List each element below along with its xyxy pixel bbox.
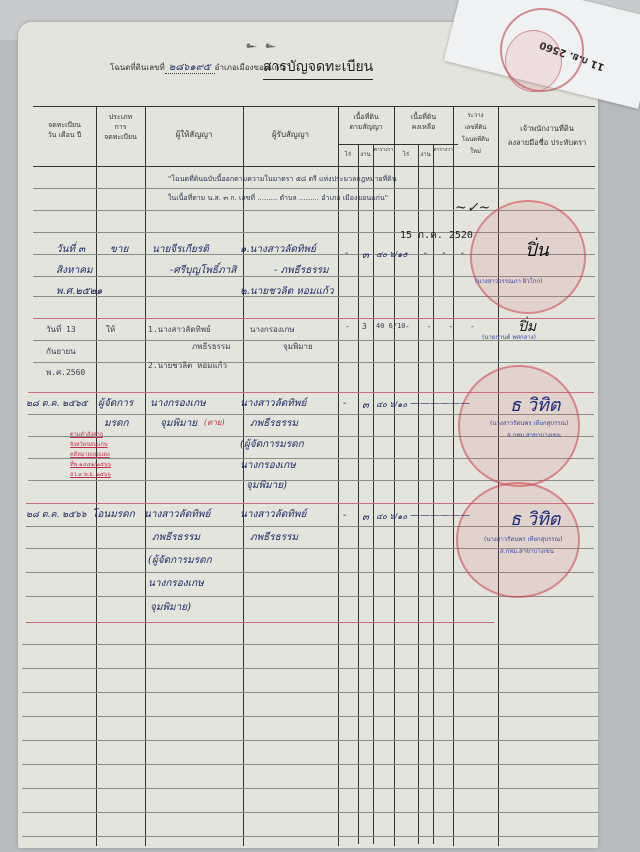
entry4-date: ๒๘ ต.ค. ๒๕๖๖ [26,507,86,521]
entry3-area-rai: - [343,398,346,409]
header-type-line3: จดทะเบียน [96,132,145,142]
entry4-officer-office: ส.กทม.สาขาบางเขน [500,546,554,556]
header-grantor: ผู้ให้สัญญา [145,130,243,140]
entry4-grantor-5: จุมพิมาย) [150,600,191,615]
rule-line [22,764,598,765]
top-mark: ๛ ๛ [246,38,279,52]
note-signature: ~✓~ [455,200,490,216]
col-divider [145,106,146,846]
entry3-grantor-1: นางกรองเกษ [150,396,206,411]
entry3-grantee-5: จุมพิมาย) [246,478,287,493]
entry1-officer-name: (นางสาววรรณภา ผิวโกก) [475,276,542,286]
entry2-area-rai: - [345,322,350,331]
deed-number: ๒๘๖๑๙๕ [165,62,215,74]
deed-label: โฉนดที่ดินเลขที่ [110,63,165,72]
area-subheader-border [338,144,458,145]
col-divider [394,106,395,846]
entry3-deceased-note: (ตาย) [204,416,225,429]
entry1-grantor-1: นายจีรเกียรติ [152,242,209,257]
entry1-type: ขาย [110,242,128,257]
entry4-area-ngan: ๓ [362,510,369,525]
entry4-grantee-1: นางสาวลัดทิพย์ [240,507,306,522]
rule-line [22,644,598,645]
header-officer-line2: ลงลายมือชื่อ ประทับตรา [498,136,596,150]
rule-line [22,692,598,693]
entry4-grantee-2: ภพธีรธรรม [250,530,298,545]
header-new-deed-line1: ระวาง [453,110,498,122]
court-note-line: จังหวัดขอนแก่น [70,440,111,450]
court-note-line: คดีหมายเลขแดง [70,450,111,460]
entry4-grantor-1: นางสาวลัดทิพย์ [144,507,210,522]
entry1-area-wa: ๔๐ ๖/๑๐ [376,248,407,261]
entry1-grantee-2: - ภพธีรธรรม [274,263,329,278]
entry4-grantor-3: (ผู้จัดการมรดก [148,553,212,568]
court-note-line: ที่พ.๑๔๔๑/๒๕๖๖ [70,460,111,470]
deed-line: โฉนดที่ดินเลขที่๒๘๖๑๙๕อำเภอเมืองขอนแก่น [110,60,285,75]
rule-line [33,362,595,363]
entry4-remaining: —————— [410,510,470,521]
header-area-contract-line2: ตามสัญญา [338,122,394,132]
header-type-line2: การ [96,122,145,132]
entry2-date-year: พ.ศ.2560 [46,366,85,379]
header-bottom-border [33,166,595,167]
note-line1: "โฉนดที่ดินฉบับนี้ออกตามความในมาตรา ๕๘ ต… [168,174,397,185]
header-new-deed: ระวาง เลขที่ดิน โฉนดที่ดิน ใหม่ [453,110,498,158]
court-note-line: ลว.๙ พ.ย. ๒๕๖๖ [70,470,111,480]
header-date: จดทะเบียน วัน เดือน ปี [33,120,96,140]
col-divider [358,144,359,844]
entry4-grantor-4: นางกรองเกษ [148,576,204,591]
col-divider [338,106,339,846]
entry3-area-ngan: ๓ [362,398,369,413]
rule-line [22,788,598,789]
header-type-line1: ประเภท [96,112,145,122]
entry2-grantor-3: 2.นายชวลิต หอมแก้ว [148,359,227,372]
entry1-area-ngan: ๓ [362,248,369,263]
rule-line [33,188,595,189]
entry1-date-day: วันที่ ๓ [56,242,85,257]
entry3-type-2: มรดก [104,416,129,431]
rule-line [22,740,598,741]
entry1-grantee-1: ๑.นางสาวลัดทิพย์ [240,242,316,257]
header-officer: เจ้าพนักงานที่ดิน ลงลายมือชื่อ ประทับตรา [498,122,596,150]
header-new-deed-line2: เลขที่ดิน [453,122,498,134]
entry-divider [26,622,494,623]
entry4-area-rai: - [343,510,346,521]
entry3-area-wa: ๔๐ ๖/๑๐ [376,398,407,411]
header-area-contract: เนื้อที่ดิน ตามสัญญา [338,112,394,132]
entry2-area-wa: 40 6/10 [376,322,406,330]
entry3-grantee-1: นางสาวลัดทิพย์ [240,396,306,411]
entry3-remaining: —————— [410,398,470,409]
entry3-court-order-note: ตามคำสั่งศาล จังหวัดขอนแก่น คดีหมายเลขแด… [70,430,111,480]
entry2-type: ให้ [106,323,115,336]
entry2-officer-name: (นายกานต์ ทศกลาง) [482,332,536,342]
entry2-area-ngan: 3 [362,322,367,331]
entry3-officer-office: ส.กทม.สาขาบางเขน [507,430,561,440]
entry3-grantee-3: (ผู้จัดการมรดก [240,437,304,452]
entry3-grantee-4: นางกรองเกษ [240,458,296,473]
entry1-date-year: พ.ศ.๒๕๒๑ [56,284,102,299]
page-title: สารบัญจดทะเบียน [263,56,373,80]
entry2-grantee-2: จุมพิมาย [283,340,313,353]
header-area-remaining: เนื้อที่ดิน คงเหลือ [394,112,453,132]
header-date-line2: วัน เดือน ปี [33,130,96,140]
entry2-date-month: กันยายน [46,345,76,358]
header-type: ประเภท การ จดทะเบียน [96,112,145,142]
entry1-area-rai: - [345,248,348,259]
entry4-type: โอนมรดก [92,507,135,522]
header-area-remaining-line2: คงเหลือ [394,122,453,132]
office-seal-stamp [505,30,562,92]
header-wa: ตารางวา [373,147,394,154]
header-ngan: งาน [358,150,373,160]
header-area-remaining-line1: เนื้อที่ดิน [394,112,453,122]
entry4-grantor-2: ภพธีรธรรม [152,530,200,545]
entry2-date-day: วันที่ 13 [46,323,76,336]
rule-line [22,836,598,837]
header-grantee: ผู้รับสัญญา [243,130,338,140]
header-date-line1: จดทะเบียน [33,120,96,130]
header-new-deed-line3: โฉนดที่ดิน [453,134,498,146]
entry2-grantee-1: นางกรองเกษ [250,323,295,336]
entry1-remaining: - - - - [405,248,470,259]
entry2-remaining: - - - - [405,322,481,331]
header-area-contract-line1: เนื้อที่ดิน [338,112,394,122]
col-divider [243,106,244,846]
rule-line [22,812,598,813]
entry2-grantor-1: 1.นางสาวลัดทิพย์ [148,323,211,336]
header-wa: ตารางวา [433,147,453,154]
table-top-border [33,106,595,107]
header-ngan: งาน [418,150,433,160]
header-rai: ไร่ [394,150,418,160]
note-line2: ในเนื้อที่ตาม น.ส. ๓ ก. เลขที่ .........… [168,193,388,204]
entry4-officer-name: (นางสาวรัตนพร เทียกสุบรรณ) [484,534,562,544]
col-divider [453,106,454,846]
entry1-grantor-2: -ศรีบุญโพธิ์ภาสิ [170,263,236,278]
col-divider [373,144,374,844]
entry3-officer-signature: ธ วิทิต [510,390,560,419]
entry1-grantee-3: ๒.นายชวลิต หอมแก้ว [240,284,334,299]
entry3-grantor-2: จุมพิมาย [160,416,197,431]
note-stamp-date: 15 ก.ค. 2520 [400,228,473,243]
entry1-date-month: สิงหาคม [56,263,92,278]
entry2-grantor-2: ภพธีรธรรม [192,340,230,353]
entry-divider [33,318,595,319]
entry3-grantee-2: ภพธีรธรรม [250,416,298,431]
header-new-deed-line4: ใหม่ [453,146,498,158]
header-rai: ไร่ [338,150,358,160]
entry3-type-1: ผู้จัดการ [98,396,133,411]
rule-line [22,716,598,717]
court-note-line: ตามคำสั่งศาล [70,430,111,440]
entry4-officer-signature: ธ วิทิต [510,504,560,533]
entry1-officer-signature: ปิ่น [525,235,549,264]
rule-line [22,668,598,669]
entry4-area-wa: ๔๐ ๖/๑๐ [376,510,407,523]
entry3-date: ๒๘ ต.ค. ๒๕๖๕ [26,396,87,410]
header-officer-line1: เจ้าพนักงานที่ดิน [498,122,596,136]
entry3-officer-name: (นางสาวรัตนพร เทียกสุบรรณ) [490,418,568,428]
